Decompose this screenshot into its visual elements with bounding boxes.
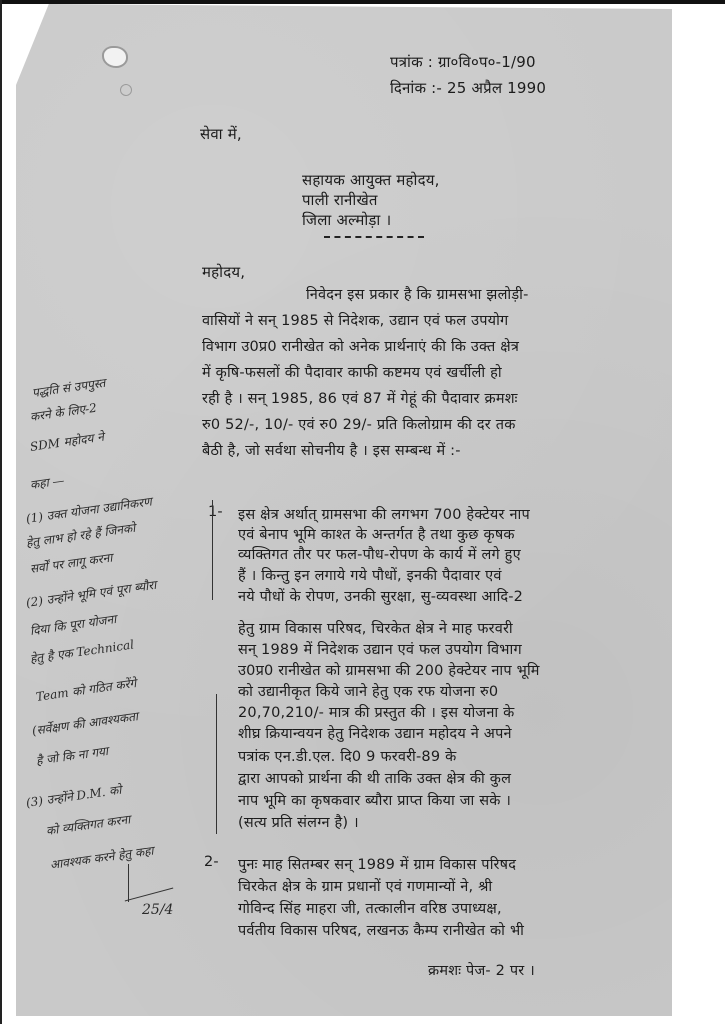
handwritten-note-line: आवश्यक करने हेतु कहा [49, 842, 155, 873]
addressee-line: पाली रानीखेत [302, 190, 378, 210]
margin-bracket [212, 500, 213, 600]
point-1-line: को उद्यानीकृत किये जाने हेतु एक रफ योजना… [238, 681, 498, 701]
margin-bracket [216, 694, 217, 834]
point-2-line: चिरकेत क्षेत्र के ग्राम प्रधानों एवं गणम… [238, 876, 492, 896]
handwritten-note-line: हेतु है एक Technical [29, 635, 135, 666]
handwritten-note-line: करने के लिए-2 [29, 399, 98, 425]
handwritten-note-line: कहा — [29, 471, 66, 493]
handwritten-note-line: (2) उन्होंने भूमि एवं पूरा ब्यौरा [25, 576, 157, 611]
handwritten-note-line: को व्यक्तिगत करना [45, 810, 131, 839]
point-1-line: व्यक्तिगत तौर पर फल-पौध-रोपण के कार्य मे… [238, 544, 521, 564]
intro-line: रही है । सन् 1985, 86 एवं 87 में गेहूं क… [202, 388, 518, 408]
point-1-line: द्वारा आपको प्रार्थना की थी ताकि उक्त क्… [238, 768, 511, 788]
handwritten-note-line: पद्धति सं उपपुस्त [31, 374, 106, 401]
letter-date: दिनांक :- 25 अप्रैल 1990 [390, 78, 546, 98]
intro-line: वासियों ने सन् 1985 से निदेशक, उद्यान एव… [202, 310, 508, 330]
point-1-line: हेतु ग्राम विकास परिषद, चिरकेत क्षेत्र न… [238, 618, 513, 638]
intro-line: में कृषि-फसलों की पैदावार काफी कष्टमय एव… [202, 362, 502, 382]
point-1-line: इस क्षेत्र अर्थात् ग्रामसभा की लगभग 700 … [238, 504, 530, 524]
intro-line: विभाग उ0प्र0 रानीखेत को अनेक प्रार्थनाएं… [202, 336, 519, 356]
point-1-line: एवं बेनाप भूमि काश्त के अन्तर्गत है तथा … [238, 524, 515, 544]
point-1-line: पत्रांक एन.डी.एल. दि0 9 फरवरी-89 के [238, 746, 456, 766]
point-1-number: 1- [208, 504, 223, 520]
point-1-line: शीघ्र क्रियान्वयन हेतु निदेशक उद्यान महो… [238, 723, 512, 743]
handwritten-note-line: (सर्वेक्षण की आवश्यकता [31, 707, 139, 739]
handwritten-note-line: Team को गठित करेंगे [35, 674, 137, 705]
handwritten-note-line: सर्वों पर लागू करना [29, 549, 114, 577]
signature-line [125, 888, 174, 902]
point-2-line: पुनः माह सितम्बर सन् 1989 में ग्राम विका… [238, 854, 516, 874]
continuation-note: क्रमशः पेज- 2 पर । [428, 960, 535, 980]
signature-date: 25/4 [142, 902, 173, 918]
addressee-line: जिला अल्मोड़ा । [302, 210, 391, 230]
addressee-line: सहायक आयुक्त महोदय, [302, 170, 440, 190]
intro-line: निवेदन इस प्रकार है कि ग्रामसभा झलोड़ी- [306, 284, 529, 304]
addressee-underline [324, 236, 424, 238]
handwritten-note-line: SDM महोदय ने [29, 428, 105, 455]
handwritten-note-line: (3) उन्होंने D.M. को [25, 781, 123, 811]
point-1-line: नाप भूमि का कृषकवार ब्यौरा प्राप्त किया … [238, 790, 511, 810]
point-2-line: गोविन्द सिंह माहरा जी, तत्कालीन वरिष्ठ उ… [238, 898, 502, 918]
point-1-line: नये पौधों के रोपण, उनकी सुरक्षा, सु-व्यव… [238, 586, 523, 606]
point-1-line: हैं । किन्तु इन लगाये गये पौधों, इनकी पै… [238, 565, 502, 585]
greeting: महोदय, [202, 262, 245, 282]
paper-spot [120, 84, 132, 96]
handwritten-note-line: दिया कि पूरा योजना [29, 610, 117, 639]
signature-mark [128, 864, 129, 902]
point-1-line: सन् 1989 में निदेशक उद्यान एवं फल उपयोग … [238, 639, 522, 659]
letter-page: पत्रांक : ग्रा०वि०प०-1/90 दिनांक :- 25 अ… [16, 4, 672, 1016]
paper-damage-mark [104, 48, 126, 66]
point-2-number: 2- [204, 854, 219, 870]
point-1-line: उ0प्र0 रानीखेत को ग्रामसभा की 200 हेक्टे… [238, 660, 540, 680]
handwritten-note-line: है जो कि ना गया [35, 742, 109, 769]
scan-top-border [0, 0, 725, 4]
point-1-line: 20,70,210/- मात्र की प्रस्तुत की । इस यो… [238, 702, 515, 722]
point-2-line: पर्वतीय विकास परिषद, लखनऊ कैम्प रानीखेत … [238, 920, 524, 940]
scan-left-border [0, 0, 2, 1024]
point-1-line: (सत्य प्रति संलग्न है) । [238, 812, 359, 832]
salutation-to: सेवा में, [200, 124, 242, 144]
reference-number: पत्रांक : ग्रा०वि०प०-1/90 [390, 52, 536, 72]
intro-line: बैठी है, जो सर्वथा सोचनीय है । इस सम्बन्… [202, 440, 461, 460]
intro-line: रु0 52/-, 10/- एवं रु0 29/- प्रति किलोग्… [202, 414, 516, 434]
